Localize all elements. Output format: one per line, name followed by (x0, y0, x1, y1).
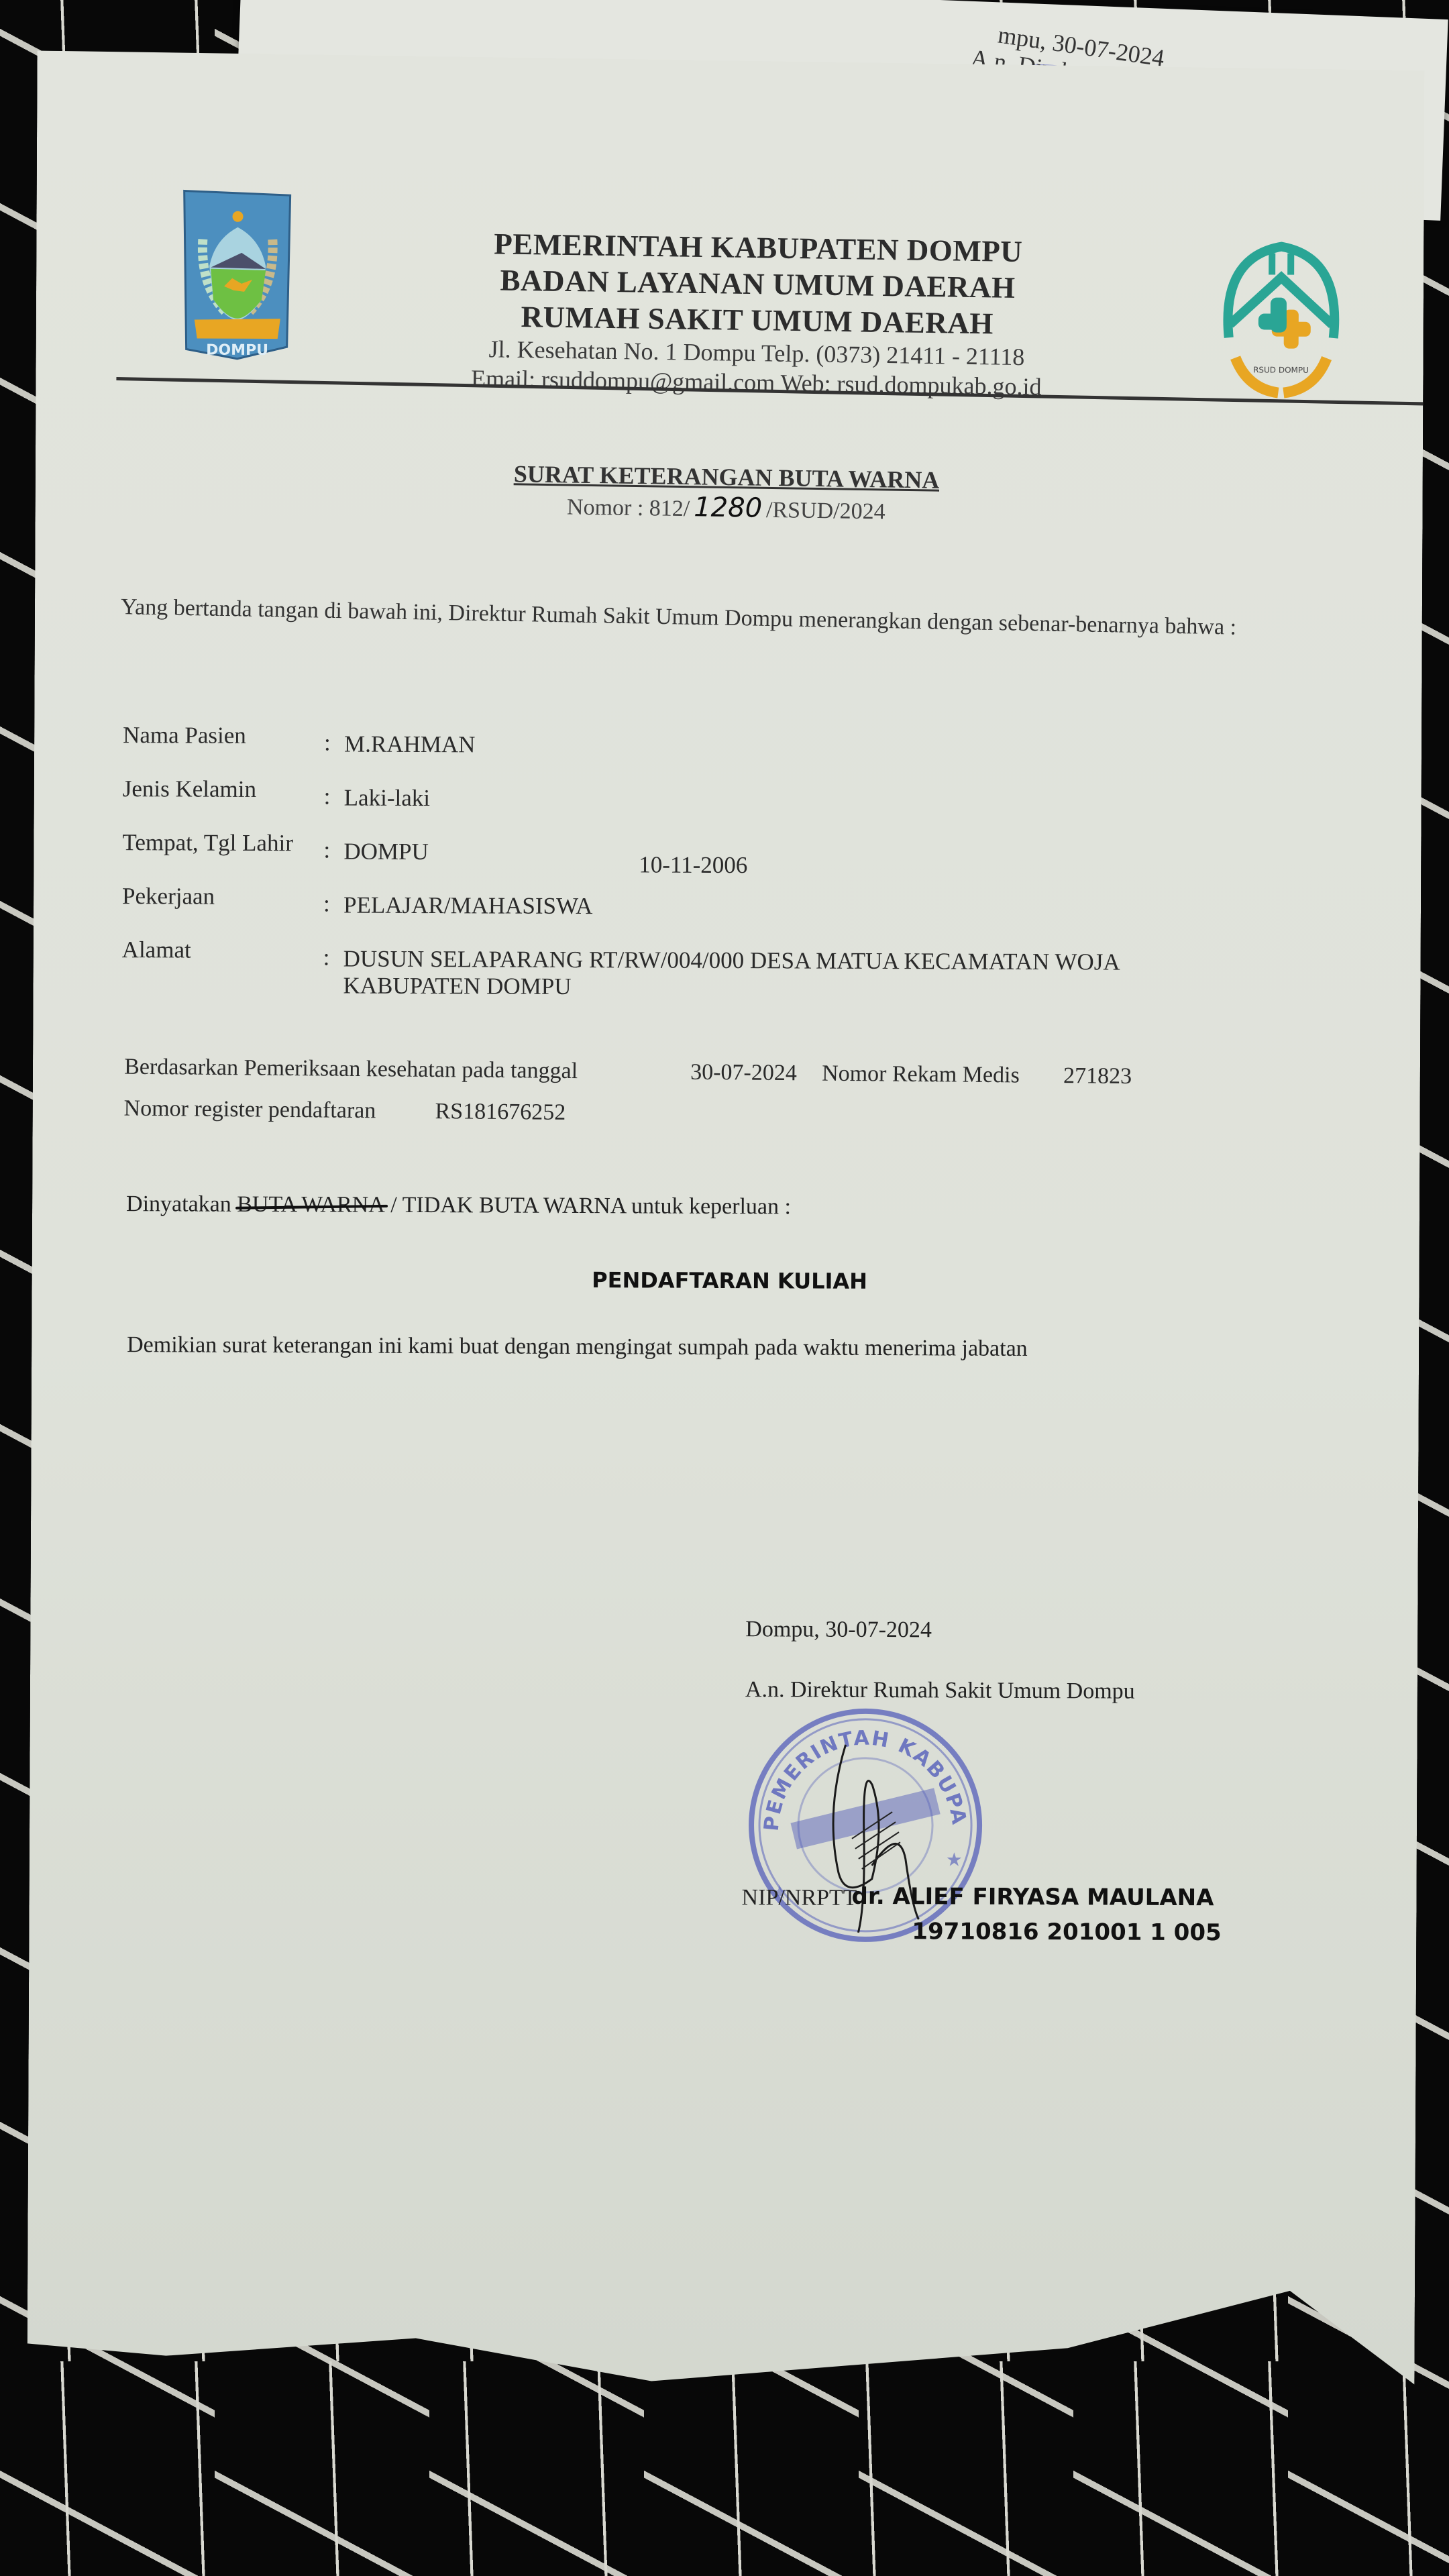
field-label: Nama Pasien (123, 722, 246, 749)
signature-on-behalf: A.n. Direktur Rumah Sakit Umum Dompu (745, 1677, 1135, 1705)
exam-details: Berdasarkan Pemeriksaan kesehatan pada t… (123, 1055, 1265, 1148)
declaration-struck-option: BUTA WARNA (237, 1192, 385, 1218)
svg-text:★: ★ (946, 1849, 963, 1870)
field-colon: : (323, 890, 330, 917)
document-number: Nomor : 812/1280/RSUD/2024 (464, 488, 988, 527)
register-number-value: RS181676252 (435, 1099, 566, 1126)
field-birth-place-date: Tempat, Tgl Lahir : DOMPU 10-11-2006 (122, 829, 1263, 888)
field-colon: : (323, 837, 330, 863)
field-address: Alamat : DUSUN SELAPARANG RT/RW/004/000 … (121, 936, 1262, 1015)
field-value-birth-date: 10-11-2006 (639, 851, 747, 879)
declaration-suffix: untuk keperluan : (631, 1193, 791, 1219)
field-colon: : (324, 783, 331, 810)
letterhead: PEMERINTAH KABUPATEN DOMPU BADAN LAYANAN… (411, 225, 1104, 402)
signer-name: dr. ALIEF FIRYASA MAULANA (851, 1883, 1214, 1911)
document-title-block: SURAT KETERANGAN BUTA WARNA Nomor : 812/… (464, 459, 988, 527)
signature-place-date: Dompu, 30-07-2024 (745, 1617, 932, 1643)
document-number-suffix: /RSUD/2024 (766, 498, 885, 525)
field-occupation: Pekerjaan : PELAJAR/MAHASISWA (122, 883, 1263, 941)
signer-nip: 19710816 201001 1 005 (912, 1918, 1222, 1946)
declaration-separator: / (390, 1193, 397, 1218)
exam-date-label: Berdasarkan Pemeriksaan kesehatan pada t… (124, 1055, 578, 1084)
document-sheet: DOMPU RSUD DOMPU PEMERINTAH KABUPATEN DO… (27, 51, 1424, 2385)
field-label: Alamat (122, 936, 191, 963)
rsud-dompu-logo-icon: RSUD DOMPU (1214, 230, 1348, 398)
signature-block: Dompu, 30-07-2024 A.n. Direktur Rumah Sa… (745, 1617, 1349, 1619)
document-number-handwritten: 1280 (690, 492, 766, 524)
patient-fields: Nama Pasien : M.RAHMAN Jenis Kelamin : L… (121, 722, 1263, 1015)
field-label: Tempat, Tgl Lahir (122, 829, 293, 857)
field-patient-name: Nama Pasien : M.RAHMAN (123, 722, 1263, 780)
exam-date-value: 30-07-2024 (690, 1060, 797, 1087)
closing-statement: Demikian surat keterangan ini kami buat … (127, 1332, 1028, 1362)
declaration-prefix: Dinyatakan (126, 1191, 231, 1217)
purpose: PENDAFTARAN KULIAH (542, 1267, 918, 1294)
svg-text:RSUD DOMPU: RSUD DOMPU (1253, 365, 1309, 374)
register-number-label: Nomor register pendaftaran (123, 1096, 376, 1124)
field-value: DUSUN SELAPARANG RT/RW/004/000 DESA MATU… (343, 946, 1215, 1004)
nip-label: NIP/NRPTT (741, 1885, 857, 1911)
document-number-prefix: Nomor : 812/ (567, 494, 690, 521)
intro-paragraph: Yang bertanda tangan di bawah ini, Direk… (121, 593, 1261, 642)
declaration-chosen-option: TIDAK BUTA WARNA (402, 1193, 626, 1218)
dompu-regency-crest-icon: DOMPU (180, 185, 294, 367)
field-colon: : (324, 729, 331, 756)
field-label: Pekerjaan (122, 883, 215, 910)
field-value-birth-place: DOMPU (343, 839, 429, 866)
field-value: M.RAHMAN (344, 731, 476, 759)
medical-record-label: Nomor Rekam Medis (822, 1061, 1020, 1089)
svg-text:DOMPU: DOMPU (206, 342, 268, 359)
field-gender: Jenis Kelamin : Laki-laki (123, 775, 1263, 834)
medical-record-value: 271823 (1063, 1063, 1132, 1089)
field-value: PELAJAR/MAHASISWA (343, 892, 593, 920)
declaration-line: Dinyatakan BUTA WARNA / TIDAK BUTA WARNA… (126, 1191, 791, 1220)
field-colon: : (323, 944, 330, 971)
field-value: Laki-laki (344, 785, 430, 812)
field-label: Jenis Kelamin (123, 775, 256, 803)
